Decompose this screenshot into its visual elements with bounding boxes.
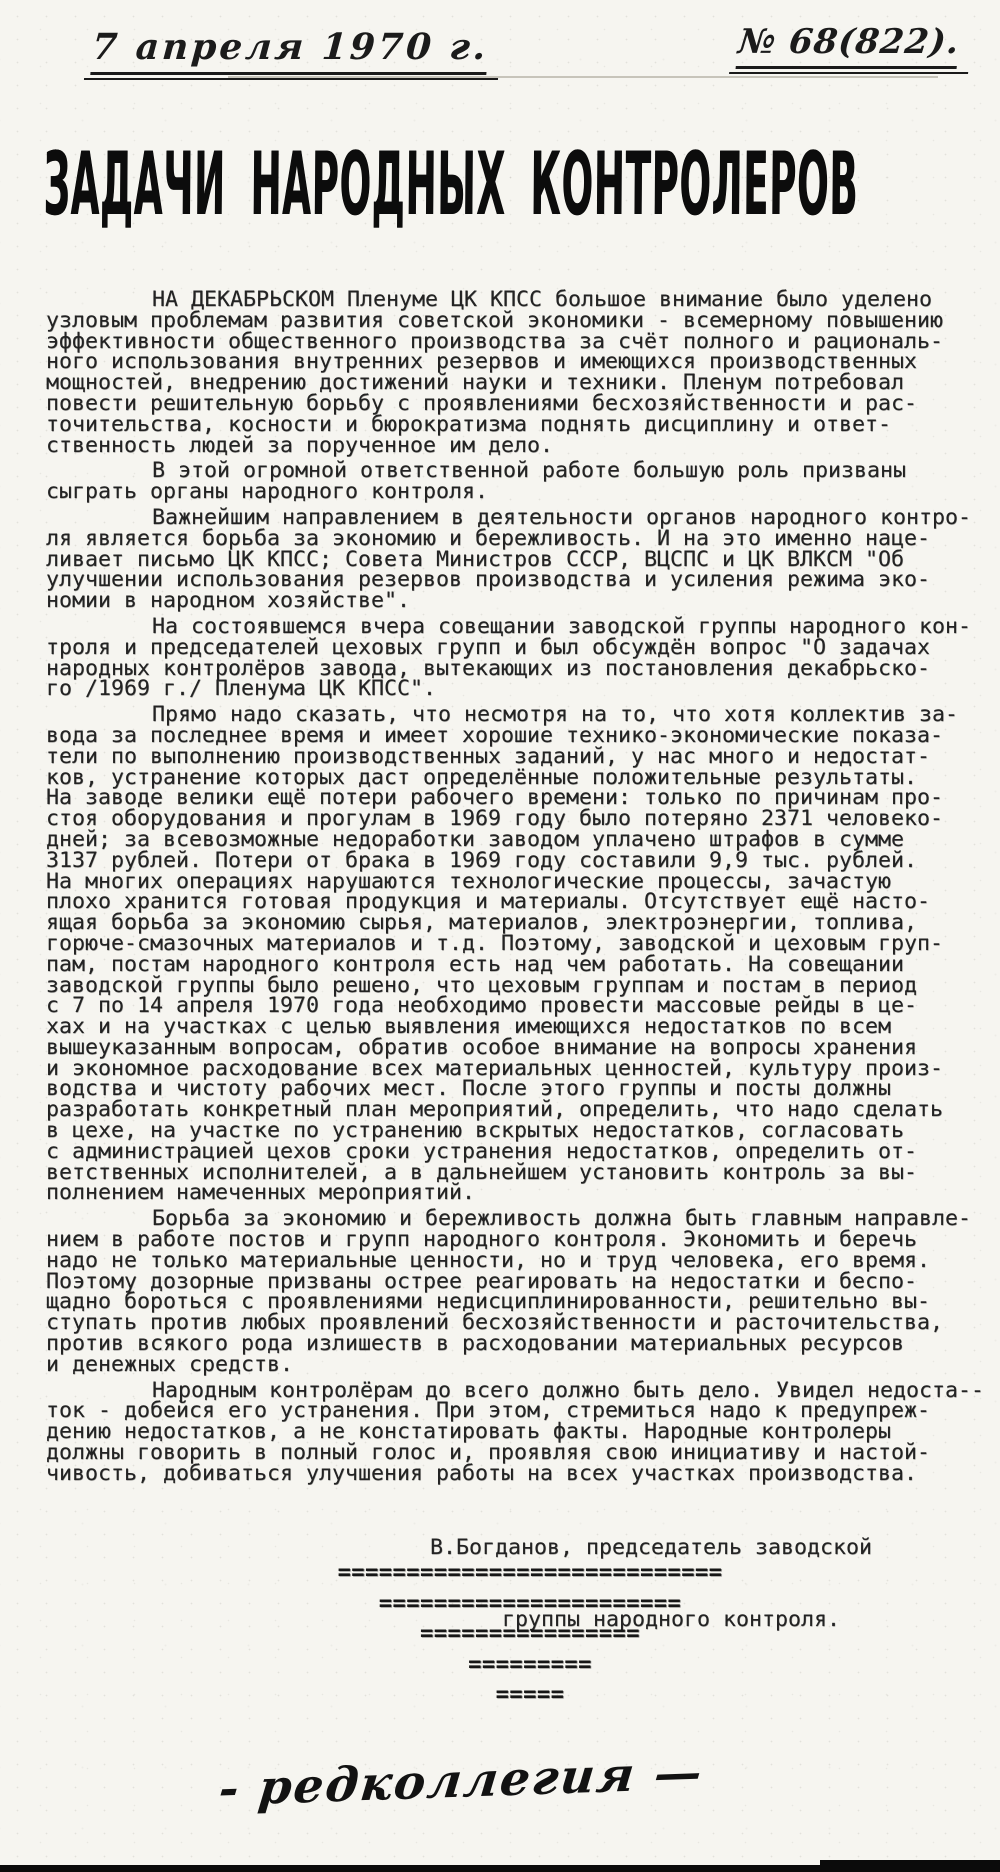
paragraph-3: Важнейшим направлением в деятельности ор… (46, 508, 980, 612)
paragraph-4: На состоявшемся вчера совещании заводско… (46, 617, 980, 700)
document-date: 7 апреля 1970 г. (90, 26, 490, 75)
document-date-text: 7 апреля 1970 г. (90, 26, 490, 75)
signature-name: В.Богданов, председатель заводской (430, 1536, 872, 1560)
issue-number: № 68(822). (736, 22, 962, 69)
separator-line: ================ (60, 1619, 1000, 1650)
handwritten-editorial-signature: - редколлегия — (216, 1745, 706, 1817)
scanned-document-page: 7 апреля 1970 г. № 68(822). ЗАДАЧИ НАРОД… (0, 0, 1000, 1872)
separator-line: ============================ (60, 1558, 1000, 1589)
document-body: НА ДЕКАБРЬСКОМ Пленуме ЦК КПСС большое в… (46, 290, 980, 1490)
paragraph-5: Прямо надо сказать, что несмотря на то, … (46, 705, 980, 1204)
paragraph-1: НА ДЕКАБРЬСКОМ Пленуме ЦК КПСС большое в… (46, 290, 980, 456)
separator-line: ===== (60, 1680, 1000, 1711)
header-rule-line (228, 76, 938, 78)
issue-number-text: № 68(822). (736, 22, 962, 69)
scan-edge-corner-artifact (820, 1860, 1000, 1872)
document-title: ЗАДАЧИ НАРОДНЫХ КОНТРОЛЕРОВ (43, 134, 858, 236)
typed-separator-pyramid: ============================ ===========… (60, 1558, 1000, 1711)
separator-line: ========= (60, 1650, 1000, 1681)
paragraph-7: Народным контролёрам до всего должно быт… (46, 1381, 980, 1485)
separator-line: ====================== (60, 1589, 1000, 1620)
paragraph-2: В этой огромной ответственной работе бол… (46, 461, 980, 503)
paragraph-6: Борьба за экономию и бережливость должна… (46, 1209, 980, 1375)
